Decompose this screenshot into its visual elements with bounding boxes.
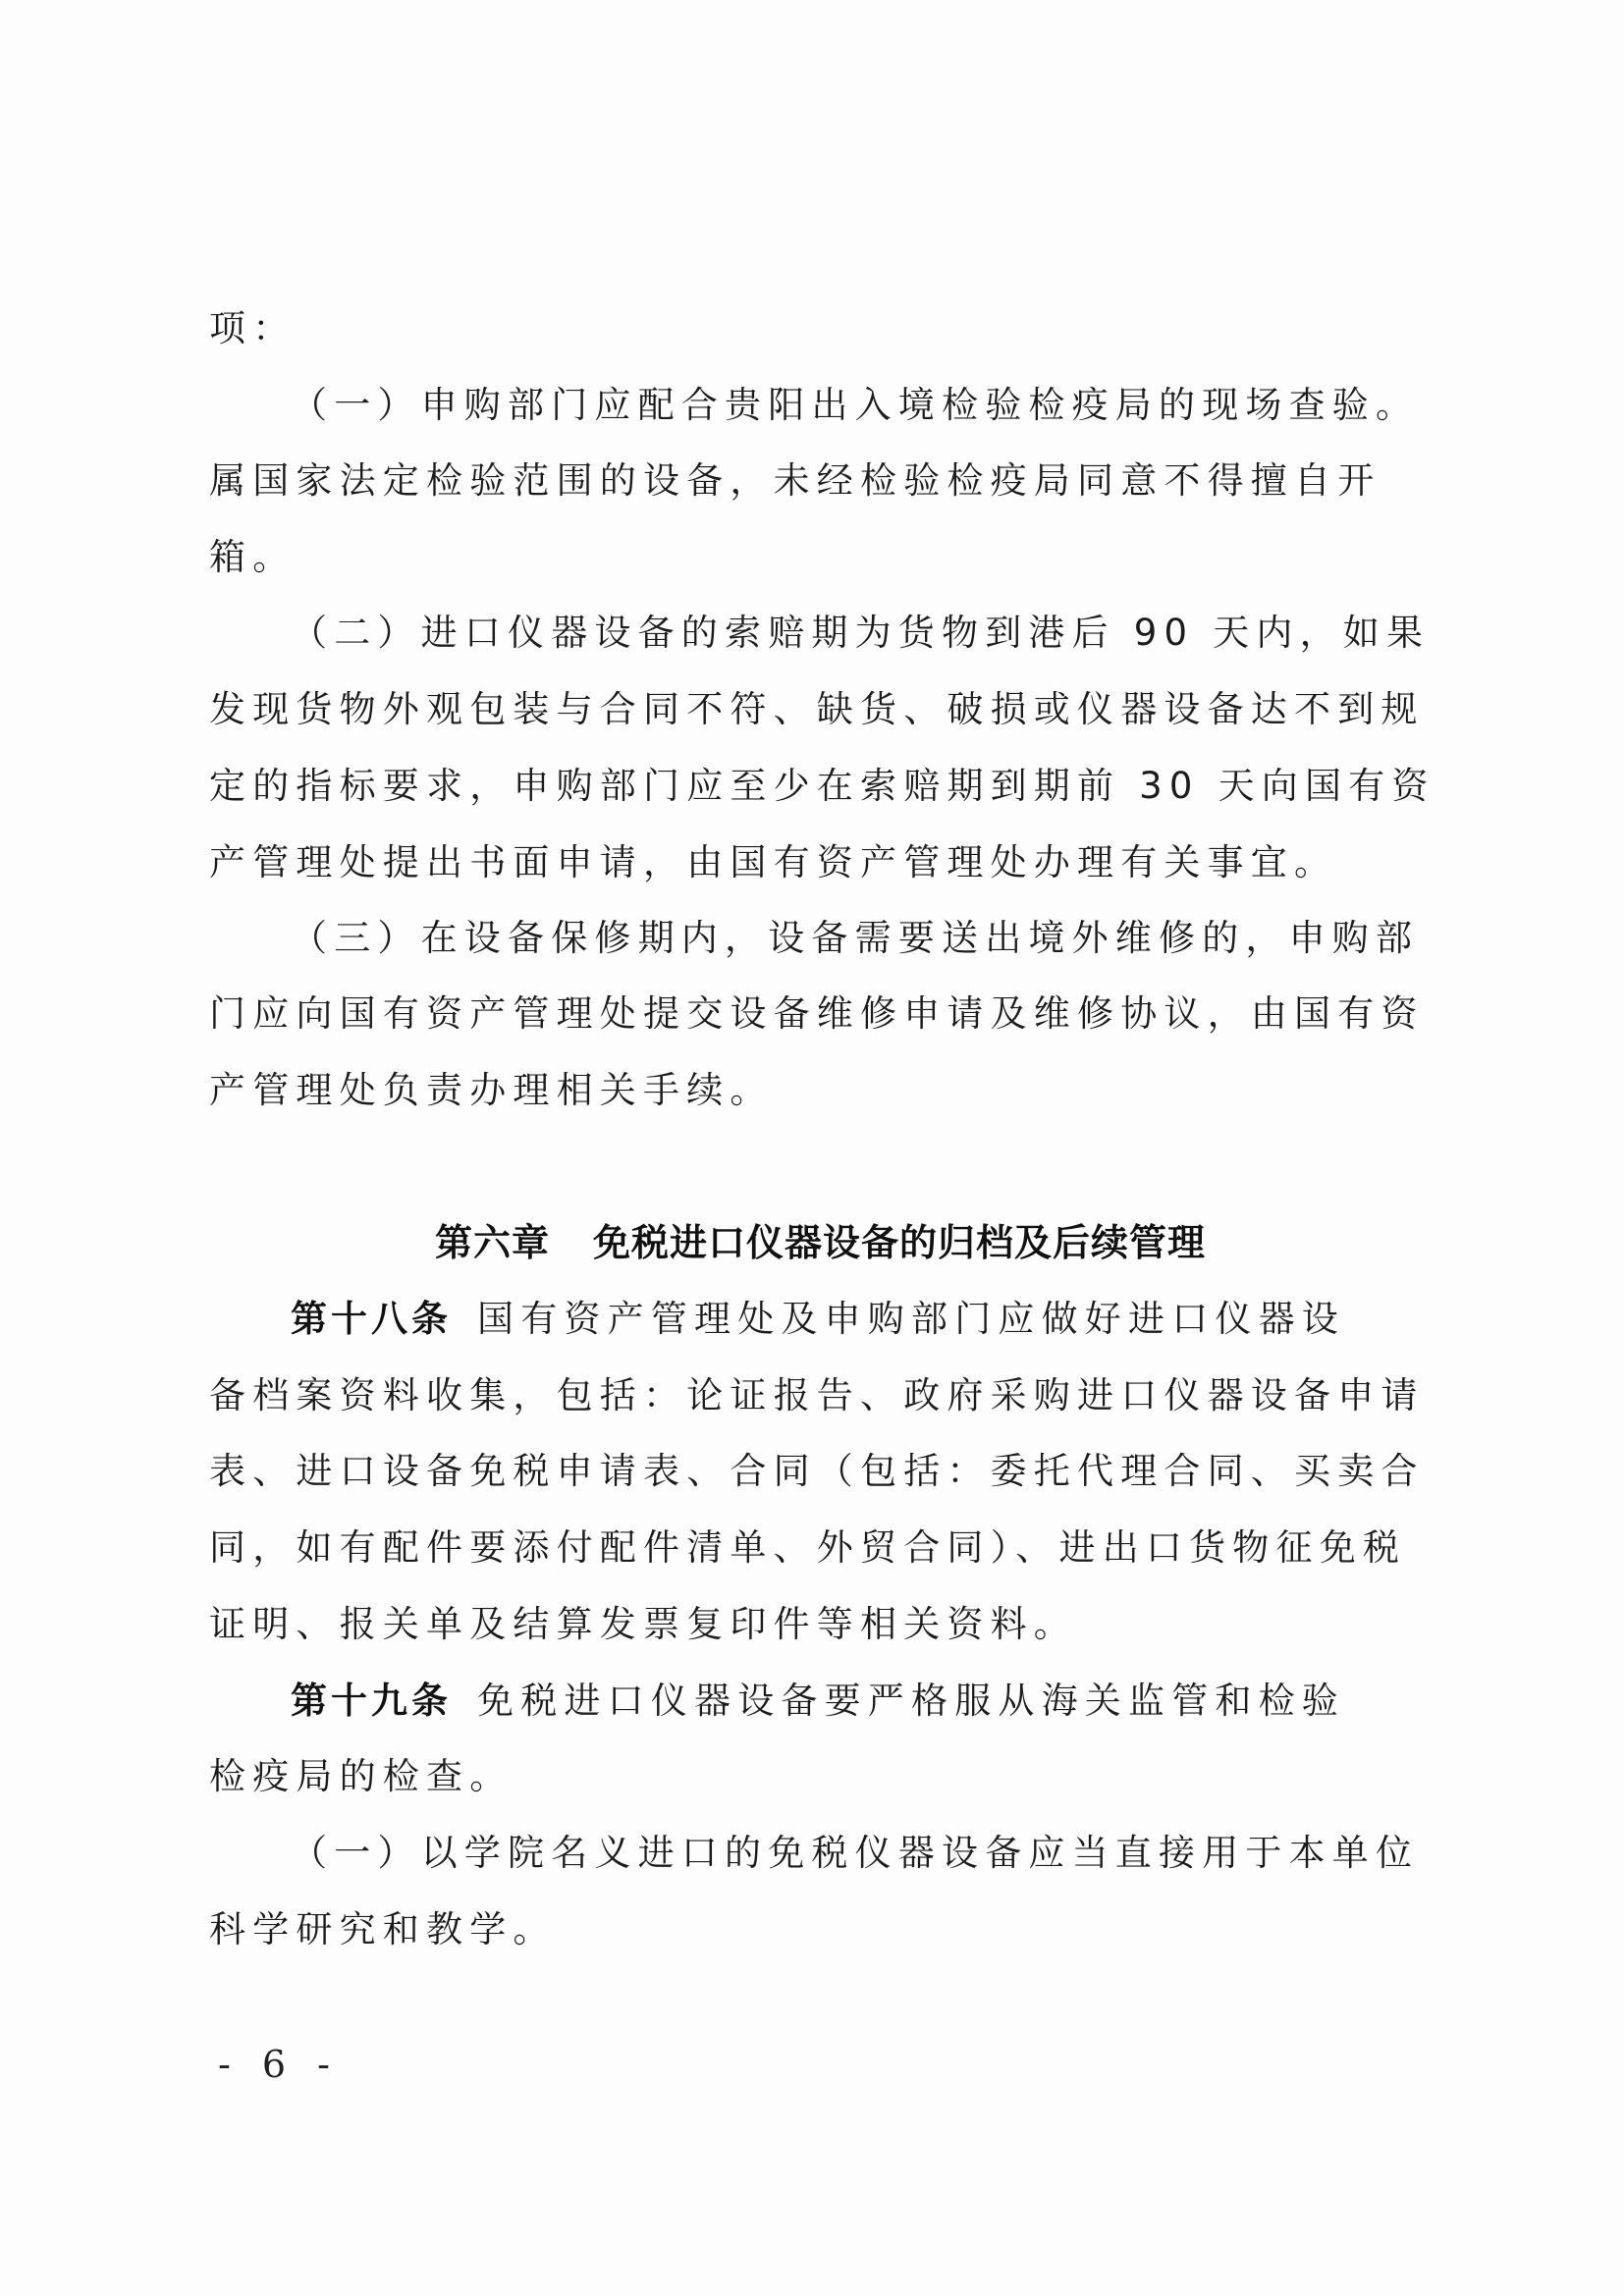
paragraph-line: （二）进口仪器设备的索赔期为货物到港后 90 天内，如果 [291,611,1508,656]
paragraph-line: （三）在设备保修期内，设备需要送出境外维修的，申购部 [291,916,1508,961]
paragraph-line: 产管理处提出书面申请，由国有资产管理处办理有关事宜。 [209,840,1427,885]
paragraph-line: 箱。 [209,535,1427,580]
paragraph-line: 备档案资料收集，包括：论证报告、政府采购进口仪器设备申请 [209,1373,1427,1418]
article-label: 第十八条 [291,1298,452,1340]
chapter-number: 第六章 [435,1221,550,1264]
paragraph-text: 国有资产管理处及申购部门应做好进口仪器设 [477,1298,1345,1340]
article-first-line: 第十八条国有资产管理处及申购部门应做好进口仪器设 [291,1297,1508,1342]
paragraph-line: 证明、报关单及结算发票复印件等相关资料。 [209,1602,1427,1647]
chapter-title: 免税进口仪器设备的归档及后续管理 [593,1221,1206,1264]
paragraph-line: 科学研究和教学。 [209,1907,1427,1952]
document-page: 项： （一）申购部门应配合贵阳出入境检验检疫局的现场查验。 属国家法定检验范围的… [0,0,1624,2296]
paragraph-line: 产管理处负责办理相关手续。 [209,1068,1427,1113]
paragraph-line: 表、进口设备免税申请表、合同（包括：委托代理合同、买卖合 [209,1449,1427,1494]
article-label: 第十九条 [291,1680,452,1722]
paragraph-line: 项： [209,306,1427,351]
paragraph-line: 门应向国有资产管理处提交设备维修申请及维修协议，由国有资 [209,991,1427,1037]
paragraph-line: （一）以学院名义进口的免税仪器设备应当直接用于本单位 [291,1831,1508,1876]
paragraph-line: 发现货物外观包装与合同不符、缺货、破损或仪器设备达不到规 [209,687,1427,732]
paragraph-line: 属国家法定检验范围的设备，未经检验检疫局同意不得擅自开 [209,458,1427,504]
chapter-heading: 第六章免税进口仪器设备的归档及后续管理 [435,1220,1206,1265]
article-first-line: 第十九条免税进口仪器设备要严格服从海关监管和检验 [291,1679,1508,1724]
paragraph-text: 免税进口仪器设备要严格服从海关监管和检验 [477,1680,1345,1722]
paragraph-line: 定的指标要求，申购部门应至少在索赔期到期前 30 天向国有资 [209,764,1427,809]
paragraph-line: 检疫局的检查。 [209,1754,1427,1799]
paragraph-line: 同，如有配件要添付配件清单、外贸合同）、进出口货物征免税 [209,1525,1427,1571]
paragraph-line: （一）申购部门应配合贵阳出入境检验检疫局的现场查验。 [291,383,1508,428]
page-number: - 6 - [218,2042,340,2087]
